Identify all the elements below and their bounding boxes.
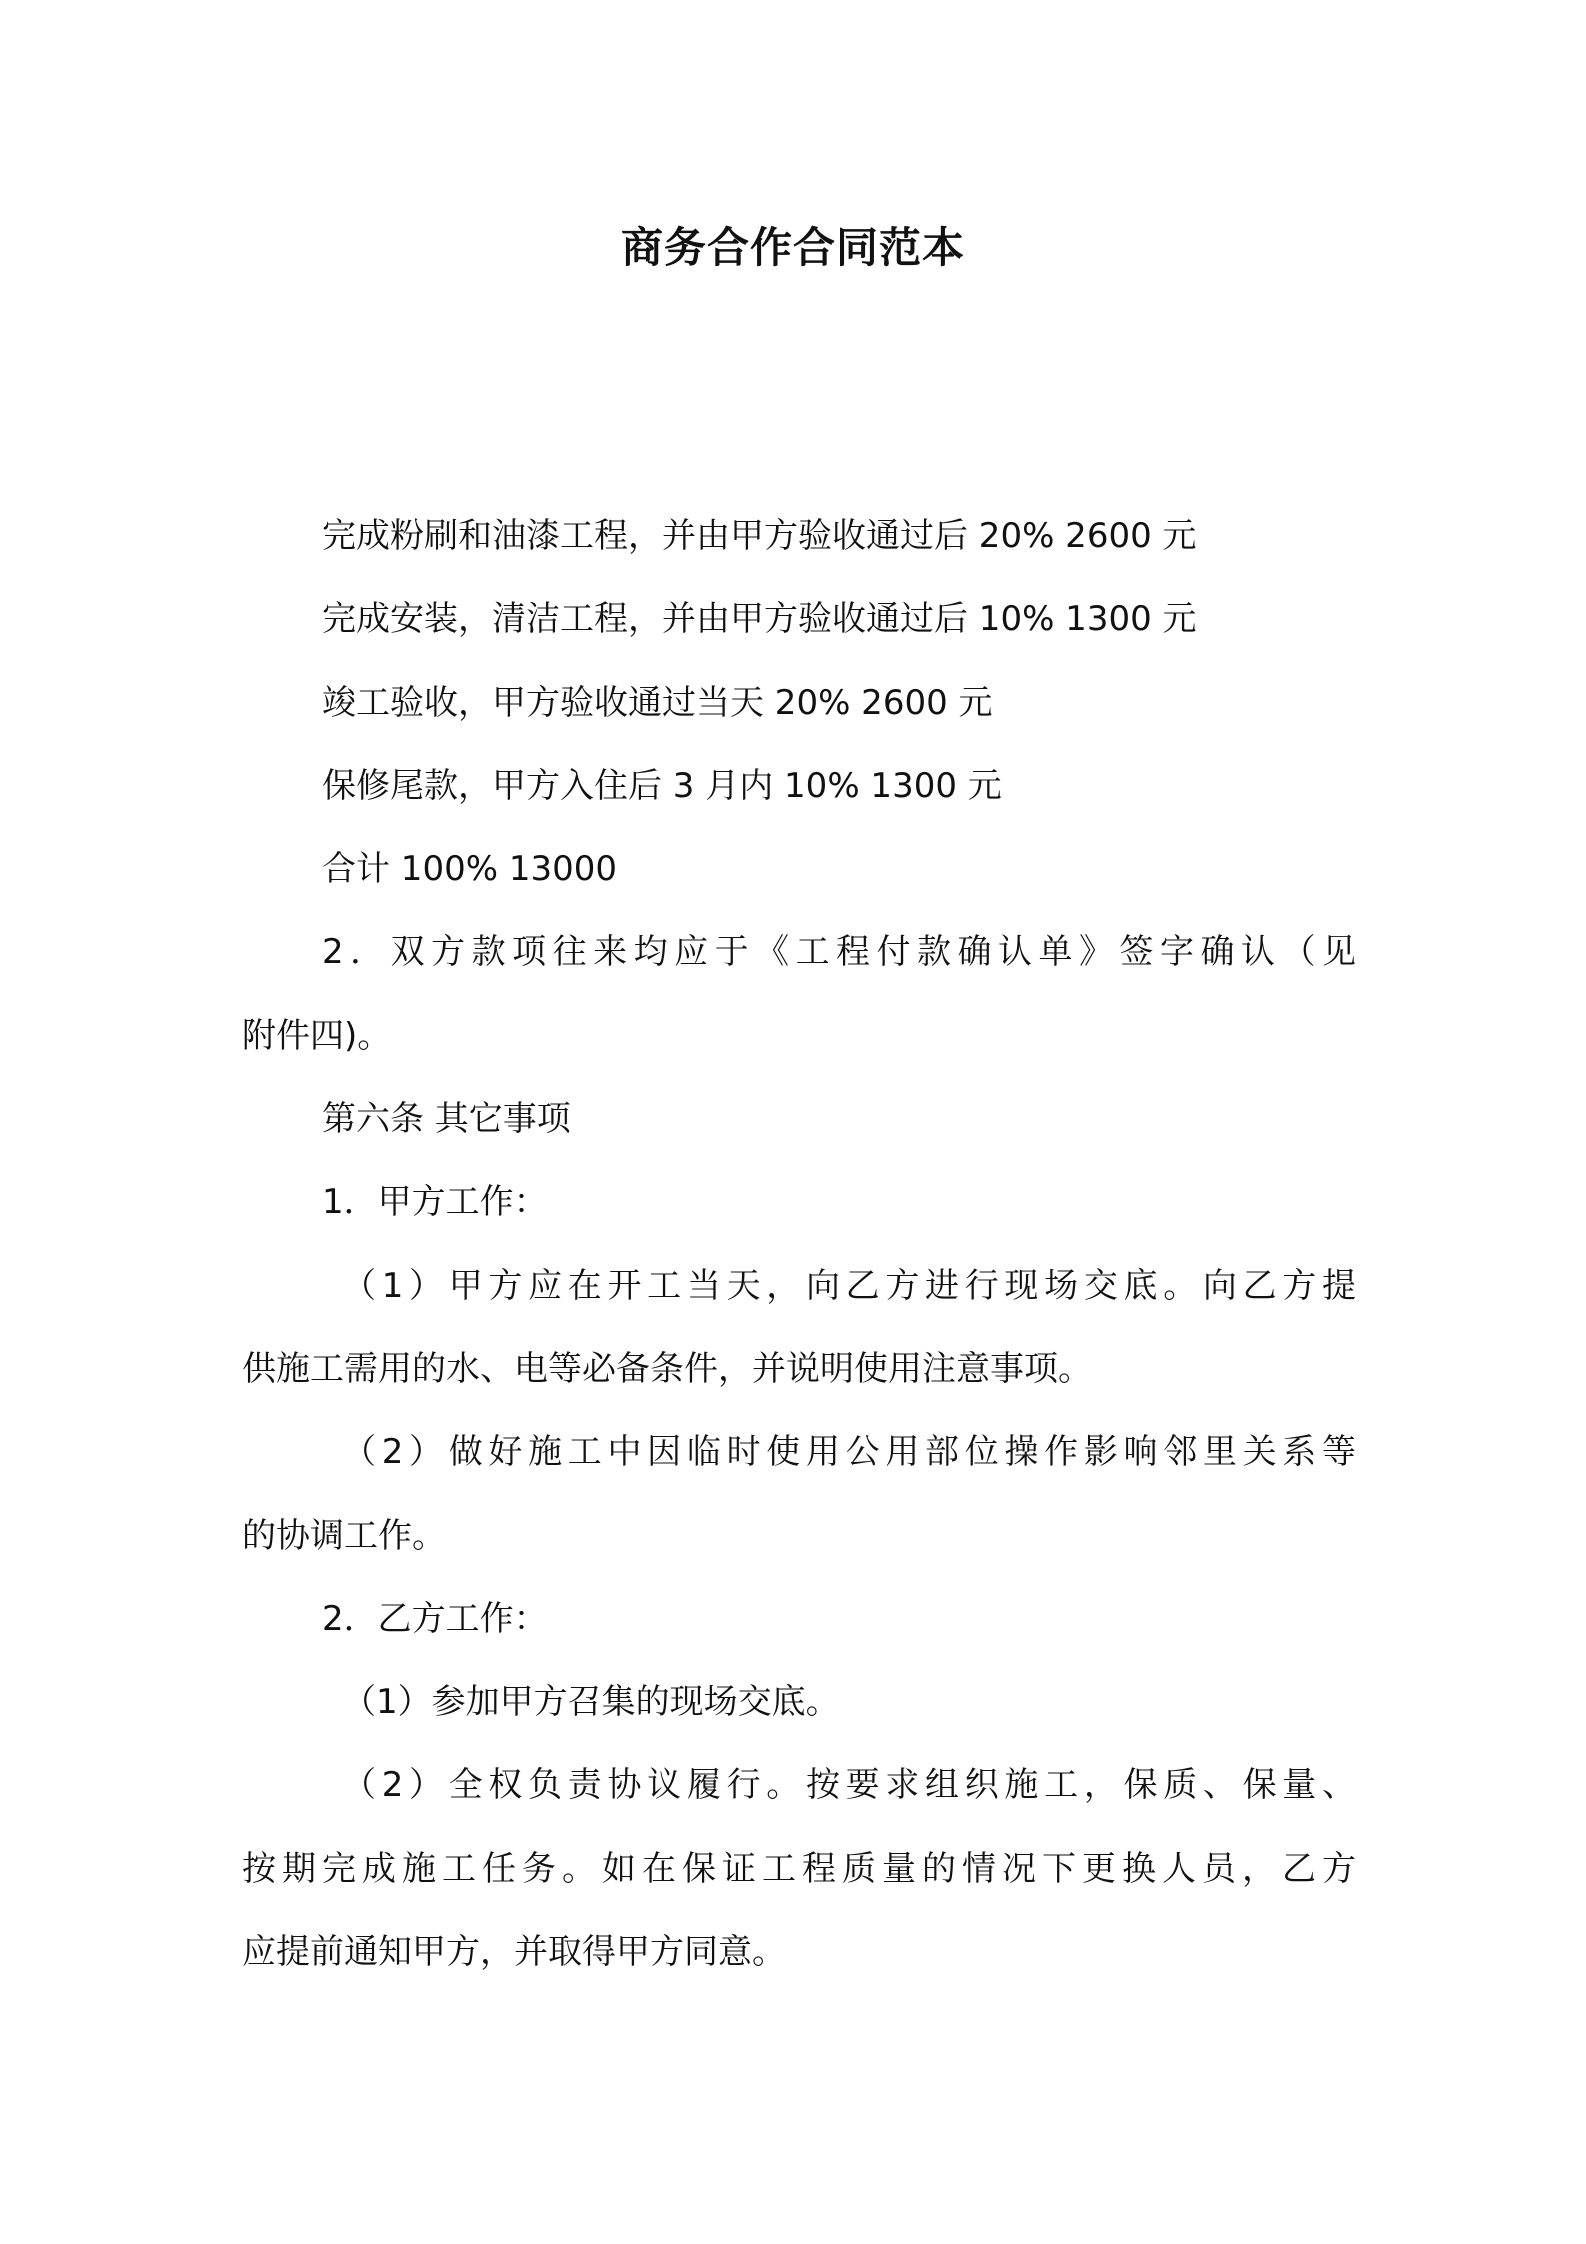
party-a-duty-1: （1）甲方应在开工当天，向乙方进行现场交底。向乙方提	[242, 1245, 1356, 1328]
document-title: 商务合作合同范本	[0, 220, 1586, 276]
party-b-duty-2-cont: 按期完成施工任务。如在保证工程质量的情况下更换人员，乙方	[242, 1828, 1356, 1911]
payment-item-installation: 完成安装，清洁工程，并由甲方验收通过后 10% 1300 元	[242, 578, 1356, 661]
payment-item-warranty: 保修尾款，甲方入住后 3 月内 10% 1300 元	[242, 745, 1356, 828]
party-b-duty-2: （2）全权负责协议履行。按要求组织施工，保质、保量、	[242, 1744, 1356, 1827]
party-b-duty-2-cont-2: 应提前通知甲方，并取得甲方同意。	[242, 1911, 1356, 1994]
party-a-duty-1-cont: 供施工需用的水、电等必备条件，并说明使用注意事项。	[242, 1328, 1356, 1411]
document-body: 完成粉刷和油漆工程，并由甲方验收通过后 20% 2600 元 完成安装，清洁工程…	[242, 495, 1356, 1994]
party-a-duties-heading: 1．甲方工作：	[242, 1161, 1356, 1244]
article-six-heading: 第六条 其它事项	[242, 1078, 1356, 1161]
party-b-duty-1: （1）参加甲方召集的现场交底。	[242, 1661, 1356, 1744]
payment-total: 合计 100% 13000	[242, 828, 1356, 911]
clause-payment-confirmation-cont: 附件四)。	[242, 995, 1356, 1078]
party-a-duty-2-cont: 的协调工作。	[242, 1495, 1356, 1578]
payment-item-painting: 完成粉刷和油漆工程，并由甲方验收通过后 20% 2600 元	[242, 495, 1356, 578]
party-b-duties-heading: 2．乙方工作：	[242, 1578, 1356, 1661]
party-a-duty-2: （2）做好施工中因临时使用公用部位操作影响邻里关系等	[242, 1411, 1356, 1494]
payment-item-completion: 竣工验收，甲方验收通过当天 20% 2600 元	[242, 662, 1356, 745]
clause-payment-confirmation: 2．双方款项往来均应于《工程付款确认单》签字确认（见	[242, 911, 1356, 994]
document-page: 商务合作合同范本 完成粉刷和油漆工程，并由甲方验收通过后 20% 2600 元 …	[0, 0, 1586, 2244]
